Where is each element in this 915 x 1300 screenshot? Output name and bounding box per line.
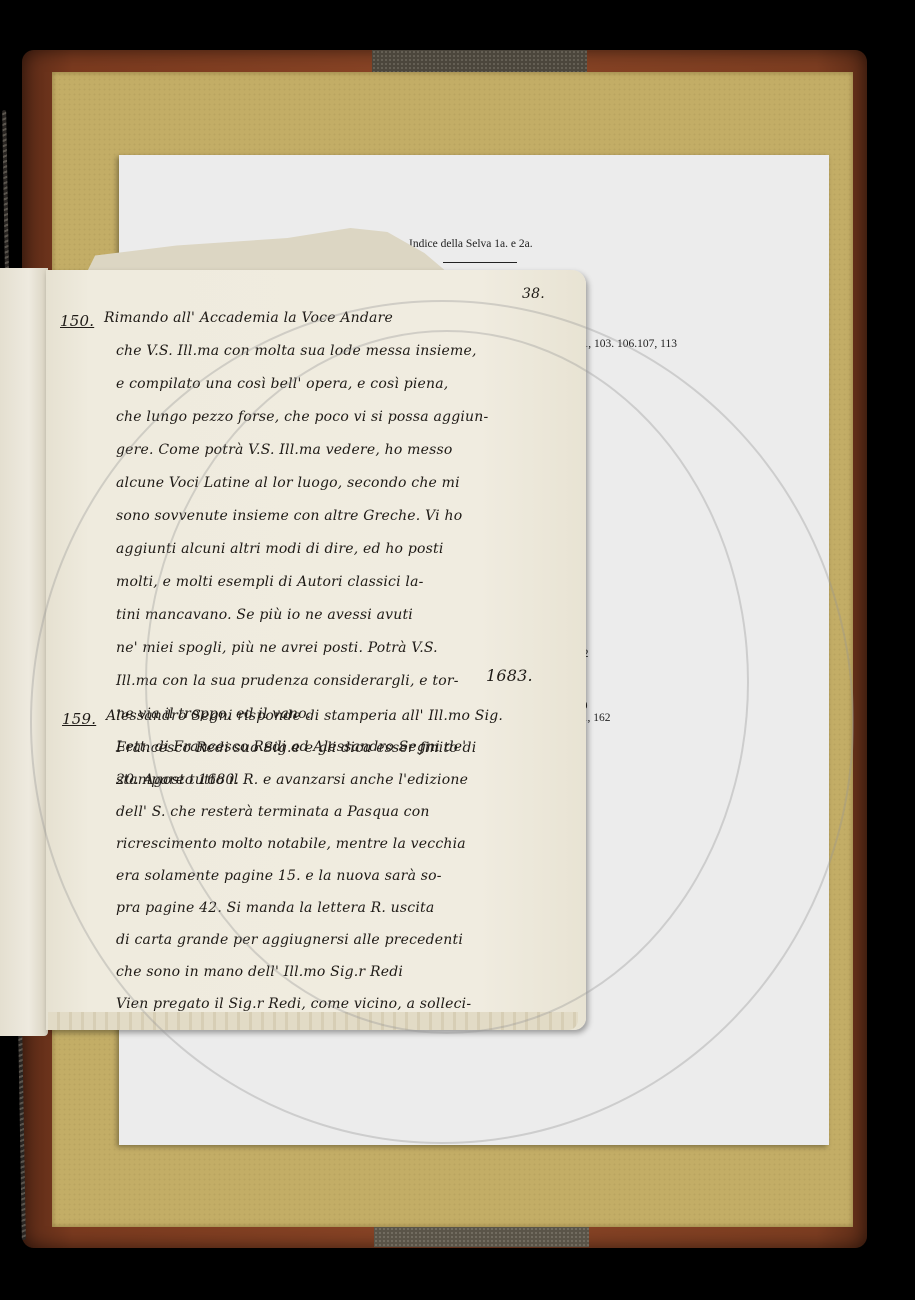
index-line: 101, 103. 106.107, 113 <box>571 338 677 350</box>
entry-line: Ill.ma con la sua prudenza considerargli… <box>116 673 459 689</box>
entry-number: 150. <box>60 312 94 330</box>
entry-line: era solamente pagine 15. e la nuova sarà… <box>116 868 442 884</box>
entry-line: molti, e molti esempli di Autori classic… <box>116 574 424 590</box>
entry-line: e compilato una così bell' opera, e così… <box>116 376 448 392</box>
manuscript-deckle-edge <box>48 1012 578 1030</box>
entry-line: aggiunti alcuni altri modi di dire, ed h… <box>116 541 444 557</box>
entry-line: tini mancavano. Se più io ne avessi avut… <box>116 607 413 623</box>
entry-line: alcune Voci Latine al lor luogo, secondo… <box>116 475 460 491</box>
entry-line: sono sovvenute insieme con altre Greche.… <box>116 508 462 524</box>
index-title-rule <box>443 262 517 263</box>
entry-line: ne' miei spogli, più ne avrei posti. Pot… <box>116 640 438 656</box>
entry-line: che V.S. Ill.ma con molta sua lode messa… <box>116 343 477 359</box>
entry-line: Vien pregato il Sig.r Redi, come vicino,… <box>116 996 471 1012</box>
entry-line: che sono in mano dell' Ill.mo Sig.r Redi <box>116 964 403 980</box>
left-manuscript-page <box>0 268 48 1036</box>
page-number: 38. <box>522 286 545 302</box>
folder-spine-strip-bottom <box>374 1227 589 1247</box>
entry-line: di carta grande per aggiugnersi alle pre… <box>116 932 463 948</box>
entry-line: Francesco Redi suo Sig.e e gli dica esse… <box>116 740 476 756</box>
entry-line: ricrescimento molto notabile, mentre la … <box>116 836 466 852</box>
entry-line: pra pagine 42. Si manda la lettera R. us… <box>116 900 434 916</box>
entry-line: che lungo pezzo forse, che poco vi si po… <box>116 409 488 425</box>
index-title: Indice della Selva 1a. e 2a. <box>409 238 533 250</box>
manuscript-page: 38. 150. Rimando all' Accademia la Voce … <box>46 270 586 1030</box>
entry-line: dell' S. che resterà terminata a Pasqua … <box>116 804 430 820</box>
entry-line: gere. Come potrà V.S. Ill.ma vedere, ho … <box>116 442 452 458</box>
entry-number: 159. <box>62 710 96 728</box>
entry-line: Alessandro Segni risponde di stamperia a… <box>106 708 503 724</box>
folder-spine-strip-top <box>372 50 587 72</box>
entry-line: stampare tutto il R. e avanzarsi anche l… <box>116 772 468 788</box>
entry-line: Rimando all' Accademia la Voce Andare <box>104 310 393 326</box>
margin-note: 1683. <box>486 666 533 685</box>
